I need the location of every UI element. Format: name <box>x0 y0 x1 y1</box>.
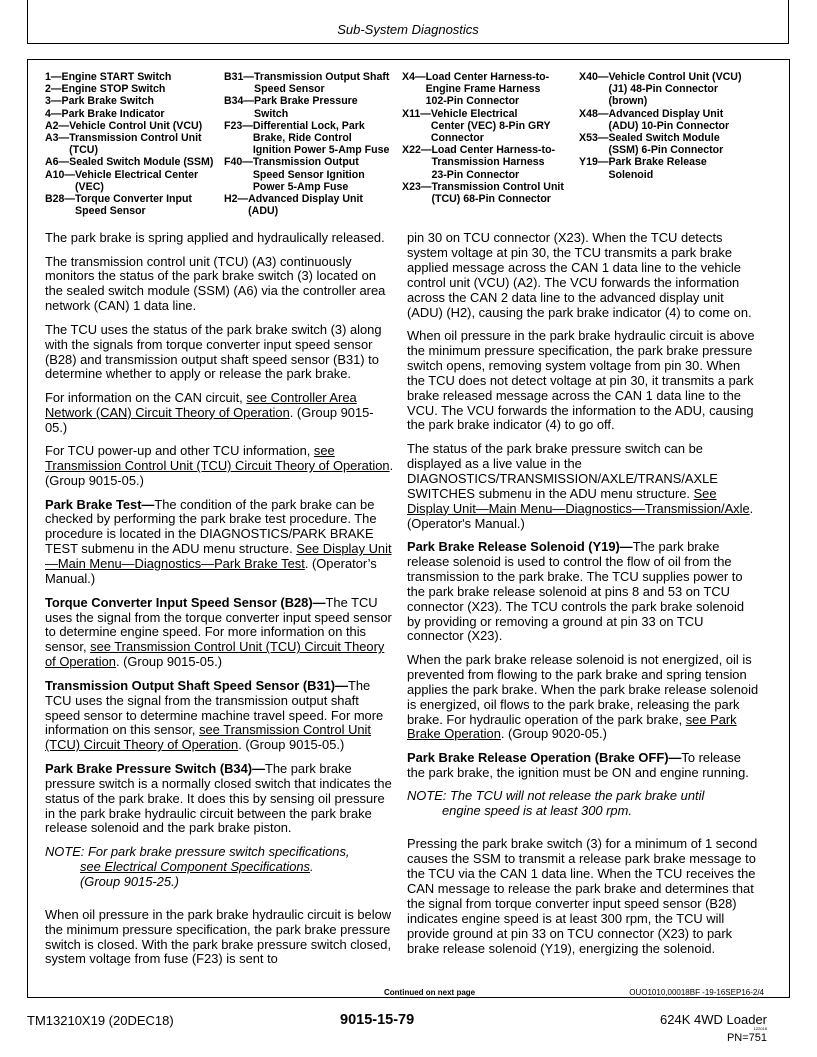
manual-id: TM13210X19 (20DEC18) <box>27 1013 174 1028</box>
note-text: NOTE: For park brake pressure switch spe… <box>45 844 349 859</box>
legend-key: X48— <box>579 108 608 132</box>
paragraph: The park brake is spring applied and hyd… <box>45 231 395 246</box>
legend-key: A2— <box>45 120 69 132</box>
legend-item: X53—Sealed Switch Module (SSM) 6-Pin Con… <box>579 132 774 156</box>
text: For information on the CAN circuit, <box>45 390 246 405</box>
page-number: 9015-15-79 <box>340 1012 414 1028</box>
legend-column-3: X4—Load Center Harness-to- Engine Frame … <box>402 71 580 205</box>
legend-key: X4— <box>402 71 426 108</box>
continued-notice: Continued on next page <box>384 988 475 997</box>
paragraph: When the park brake release solenoid is … <box>407 653 759 742</box>
paragraph: Torque Converter Input Speed Sensor (B28… <box>45 596 395 671</box>
legend-item: A3—Transmission Control Unit (TCU) <box>45 132 225 156</box>
text: The status of the park brake pressure sw… <box>407 441 718 501</box>
legend-item: F40—Transmission Output Speed Sensor Ign… <box>224 156 402 193</box>
legend-label: Transmission Control Unit (TCU) 68-Pin C… <box>431 181 563 205</box>
legend-key: X11— <box>402 108 431 145</box>
legend-label: Park Brake Release Solenoid <box>608 156 706 180</box>
legend-label: Transmission Output Shaft Speed Sensor <box>254 71 389 95</box>
content-frame-bottom-rule <box>27 997 790 998</box>
paragraph: For TCU power-up and other TCU informati… <box>45 444 395 489</box>
note-group: (Group 9015-25.) <box>45 875 395 890</box>
paragraph: Park Brake Test—The condition of the par… <box>45 498 395 587</box>
legend-item: X11—Vehicle Electrical Center (VEC) 8-Pi… <box>402 108 580 145</box>
legend-label: Sealed Switch Module (SSM) 6-Pin Connect… <box>608 132 723 156</box>
legend-key: X40— <box>579 71 608 108</box>
legend-key: B31— <box>224 71 254 95</box>
machine-name: 624K 4WD Loader <box>660 1012 767 1027</box>
text: . (Group 9015-05.) <box>116 654 222 669</box>
legend-item: A2—Vehicle Control Unit (VCU) <box>45 120 225 132</box>
legend-item: B34—Park Brake Pressure Switch <box>224 95 402 119</box>
paragraph: The status of the park brake pressure sw… <box>407 442 759 531</box>
page-header: Sub-System Diagnostics <box>27 0 789 44</box>
legend-key: A3— <box>45 132 69 156</box>
subheading: Park Brake Pressure Switch (B34)— <box>45 761 265 776</box>
legend-item: X22—Load Center Harness-to- Transmission… <box>402 144 580 181</box>
legend-item: 2—Engine STOP Switch <box>45 83 225 95</box>
legend-label: Differential Lock, Park Brake, Ride Cont… <box>253 120 390 157</box>
legend-item: X40—Vehicle Control Unit (VCU) (J1) 48-P… <box>579 71 774 108</box>
legend-column-1: 1—Engine START Switch2—Engine STOP Switc… <box>45 71 225 217</box>
legend-label: Load Center Harness-to- Transmission Har… <box>431 144 555 181</box>
legend-key: F23— <box>224 120 253 157</box>
legend-key: Y19— <box>579 156 608 180</box>
legend-item: 4—Park Brake Indicator <box>45 108 225 120</box>
legend-item: F23—Differential Lock, Park Brake, Ride … <box>224 120 402 157</box>
legend-label: Transmission Output Speed Sensor Ignitio… <box>253 156 365 193</box>
legend-label: Engine START Switch <box>62 71 172 83</box>
right-text-column: pin 30 on TCU connector (X23). When the … <box>407 231 759 965</box>
paragraph: For information on the CAN circuit, see … <box>45 391 395 436</box>
legend-item: X23—Transmission Control Unit (TCU) 68-P… <box>402 181 580 205</box>
legend-item: X48—Advanced Display Unit (ADU) 10-Pin C… <box>579 108 774 132</box>
legend-key: A6— <box>45 156 69 168</box>
note-text: NOTE: The TCU will not release the park … <box>407 788 704 803</box>
legend-item: X4—Load Center Harness-to- Engine Frame … <box>402 71 580 108</box>
legend-key: A10— <box>45 169 75 193</box>
subheading: Torque Converter Input Speed Sensor (B28… <box>45 595 326 610</box>
legend-item: A10—Vehicle Electrical Center (VEC) <box>45 169 225 193</box>
legend-key: 4— <box>45 108 62 120</box>
paragraph: pin 30 on TCU connector (X23). When the … <box>407 231 759 320</box>
legend-label: Engine STOP Switch <box>62 83 166 95</box>
legend-key: 1— <box>45 71 62 83</box>
legend-label: Vehicle Electrical Center (VEC) 8-Pin GR… <box>431 108 551 145</box>
legend-key: X53— <box>579 132 608 156</box>
section-title: Sub-System Diagnostics <box>28 22 788 37</box>
print-date-code: 122018 <box>754 1026 767 1031</box>
subheading: Park Brake Release Operation (Brake OFF)… <box>407 750 681 765</box>
paragraph: The TCU uses the status of the park brak… <box>45 323 395 383</box>
legend-key: X22— <box>402 144 431 181</box>
legend-item: 1—Engine START Switch <box>45 71 225 83</box>
text: . (Group 9015-05.) <box>238 737 344 752</box>
legend-label: Load Center Harness-to- Engine Frame Har… <box>426 71 550 108</box>
legend-key: B34— <box>224 95 254 119</box>
text: . <box>310 859 314 874</box>
legend-label: Sealed Switch Module (SSM) <box>69 156 213 168</box>
legend-item: B31—Transmission Output Shaft Speed Sens… <box>224 71 402 95</box>
legend-label: Transmission Control Unit (TCU) <box>69 132 201 156</box>
legend-item: Y19—Park Brake Release Solenoid <box>579 156 774 180</box>
legend-column-4: X40—Vehicle Control Unit (VCU) (J1) 48-P… <box>579 71 774 181</box>
legend-label: Vehicle Control Unit (VCU) (J1) 48-Pin C… <box>608 71 741 108</box>
paragraph: Park Brake Pressure Switch (B34)—The par… <box>45 762 395 837</box>
legend-key: H2— <box>224 193 248 217</box>
paragraph: Park Brake Release Solenoid (Y19)—The pa… <box>407 540 759 644</box>
subheading: Transmission Output Shaft Speed Sensor (… <box>45 678 348 693</box>
link-electrical-specs[interactable]: see Electrical Component Specifications <box>80 859 310 874</box>
legend-label: Vehicle Control Unit (VCU) <box>69 120 202 132</box>
legend-label: Park Brake Indicator <box>62 108 165 120</box>
legend-item: H2—Advanced Display Unit (ADU) <box>224 193 402 217</box>
legend-key: 3— <box>45 95 62 107</box>
paragraph: Park Brake Release Operation (Brake OFF)… <box>407 751 759 781</box>
page-index: PN=751 <box>727 1032 767 1044</box>
legend-item: A6—Sealed Switch Module (SSM) <box>45 156 225 168</box>
note-text: engine speed is at least 300 rpm. <box>407 804 759 819</box>
legend-label: Advanced Display Unit (ADU) 10-Pin Conne… <box>608 108 729 132</box>
legend-column-2: B31—Transmission Output Shaft Speed Sens… <box>224 71 402 217</box>
legend-item: B28—Torque Converter Input Speed Sensor <box>45 193 225 217</box>
legend-key: 2— <box>45 83 62 95</box>
legend-label: Vehicle Electrical Center (VEC) <box>75 169 198 193</box>
paragraph: Transmission Output Shaft Speed Sensor (… <box>45 679 395 754</box>
paragraph: Pressing the park brake switch (3) for a… <box>407 837 759 956</box>
legend-item: 3—Park Brake Switch <box>45 95 225 107</box>
legend-key: X23— <box>402 181 431 205</box>
legend-label: Torque Converter Input Speed Sensor <box>75 193 192 217</box>
left-text-column: The park brake is spring applied and hyd… <box>45 231 395 976</box>
reference-code: OUO1010,00018BF -19-16SEP16-2/4 <box>629 988 764 997</box>
paragraph: The transmission control unit (TCU) (A3)… <box>45 255 395 315</box>
note: NOTE: For park brake pressure switch spe… <box>45 845 395 890</box>
subheading: Park Brake Test— <box>45 497 154 512</box>
legend-key: F40— <box>224 156 253 193</box>
text: The park brake release solenoid is used … <box>407 539 744 643</box>
legend-key: B28— <box>45 193 75 217</box>
text: For TCU power-up and other TCU informati… <box>45 443 314 458</box>
legend-label: Advanced Display Unit (ADU) <box>248 193 363 217</box>
subheading: Park Brake Release Solenoid (Y19)— <box>407 539 633 554</box>
legend-label: Park Brake Pressure Switch <box>254 95 358 119</box>
text: . (Group 9020-05.) <box>501 726 607 741</box>
note: NOTE: The TCU will not release the park … <box>407 789 759 819</box>
paragraph: When oil pressure in the park brake hydr… <box>407 329 759 433</box>
paragraph: When oil pressure in the park brake hydr… <box>45 908 395 968</box>
legend-label: Park Brake Switch <box>62 95 154 107</box>
